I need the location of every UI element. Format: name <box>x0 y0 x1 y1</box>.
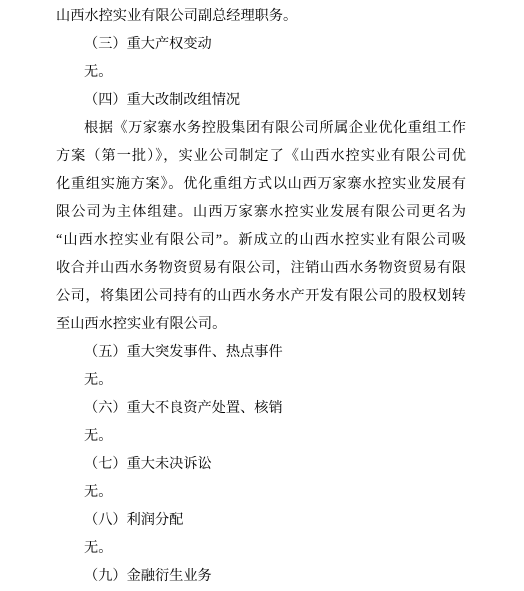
text-line: 至山西水控实业有限公司。 <box>56 310 466 338</box>
text-line: 无。 <box>56 366 466 394</box>
section-heading: （三）重大产权变动 <box>56 30 466 58</box>
text-line: 限公司为主体组建。山西万家寨水控实业发展有限公司更名为 <box>56 198 466 226</box>
document-text-block: 山西水控实业有限公司副总经理职务。 （三）重大产权变动 无。 （四）重大改制改组… <box>56 2 466 590</box>
text-line: 无。 <box>56 478 466 506</box>
text-line: 方案（第一批）》，实业公司制定了《山西水控实业有限公司优 <box>56 142 466 170</box>
section-heading: （五）重大突发事件、热点事件 <box>56 338 466 366</box>
text-line: 收合并山西水务物资贸易有限公司，注销山西水务物资贸易有限 <box>56 254 466 282</box>
text-line: 无。 <box>56 422 466 450</box>
text-line: 根据《万家寨水务控股集团有限公司所属企业优化重组工作 <box>56 114 466 142</box>
text-line: 山西水控实业有限公司副总经理职务。 <box>56 2 466 30</box>
text-line: 无。 <box>56 58 466 86</box>
text-line: “山西水控实业有限公司”。新成立的山西水控实业有限公司吸 <box>56 226 466 254</box>
section-heading: （九）金融衍生业务 <box>56 562 466 590</box>
document-page: 山西水控实业有限公司副总经理职务。 （三）重大产权变动 无。 （四）重大改制改组… <box>0 0 524 591</box>
section-heading: （七）重大未决诉讼 <box>56 450 466 478</box>
section-heading: （八）利润分配 <box>56 506 466 534</box>
section-heading: （四）重大改制改组情况 <box>56 86 466 114</box>
text-line: 化重组实施方案》。优化重组方式以山西万家寨水控实业发展有 <box>56 170 466 198</box>
text-line: 无。 <box>56 534 466 562</box>
text-line: 公司，将集团公司持有的山西水务水产开发有限公司的股权划转 <box>56 282 466 310</box>
section-heading: （六）重大不良资产处置、核销 <box>56 394 466 422</box>
